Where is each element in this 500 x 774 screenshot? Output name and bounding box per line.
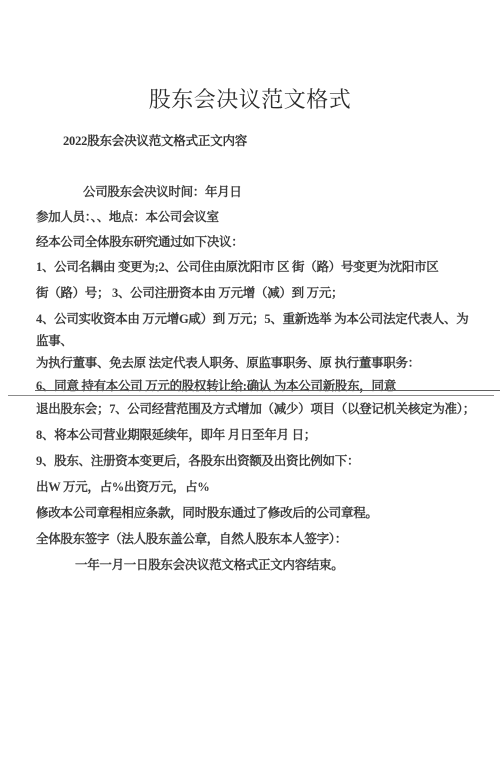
doc-line-resolution-intro: 经本公司全体股东研究通过如下决议：	[36, 235, 243, 250]
document-page: 股东会决议范文格式 2022股东会决议范文格式正文内容 公司股东会决议时间：年月…	[0, 0, 500, 774]
doc-line-meeting-time: 公司股东会决议时间：年月日	[83, 185, 242, 200]
divider-line-long	[8, 395, 494, 396]
doc-line-director-duties: 为执行董事、免去原 法定代表人职务、原监事职务、原 执行董事职务：	[36, 356, 420, 371]
doc-line-item-5-wrap: 监事、	[36, 334, 73, 349]
doc-line-item-9: 9、股东、注册资本变更后，各股东出资额及出资比例如下：	[36, 454, 359, 469]
doc-line-participants: 参加人员：、、地点：本公司会议室	[36, 210, 219, 225]
doc-line-item-3: 街（路）号； 3、公司注册资本由 万元增（减）到 万元；	[36, 286, 343, 301]
page-title: 股东会决议范文格式	[0, 83, 500, 114]
doc-line-item-7: 退出股东会；7、公司经营范围及方式增加（减少）项目（以登记机关核定为准）；	[36, 402, 475, 417]
doc-line-item-1-2: 1、公司名耦由 变更为;2、公司住由原沈阳市 区 街（路）号变更为沈阳市区	[36, 260, 438, 275]
document-subtitle: 2022股东会决议范文格式正文内容	[63, 131, 247, 149]
doc-line-item-8: 8、将本公司营业期限延续年，即年 月日至年月 日；	[36, 428, 316, 443]
doc-line-contribution: 出W 万元，占%出资万元，占%	[36, 480, 209, 495]
doc-line-item-6: 6、同意 持有本公司 万元的股权转让给:确认 为本公司新股东，同意	[36, 379, 396, 394]
divider-line-short	[35, 390, 500, 391]
doc-line-charter-amend: 修改本公司章程相应条款，同时股东通过了修改后的公司章程。	[36, 506, 378, 521]
doc-line-closing: 一年一月一日股东会决议范文格式正文内容结束。	[75, 558, 343, 573]
doc-line-signatures: 全体股东签字（法人股东盖公章，自然人股东本人签字）：	[36, 532, 347, 547]
doc-line-item-4-5: 4、公司实收资本由 万元增G咸）到 万元；5、重新选举 为本公司法定代表人、为	[36, 312, 468, 327]
